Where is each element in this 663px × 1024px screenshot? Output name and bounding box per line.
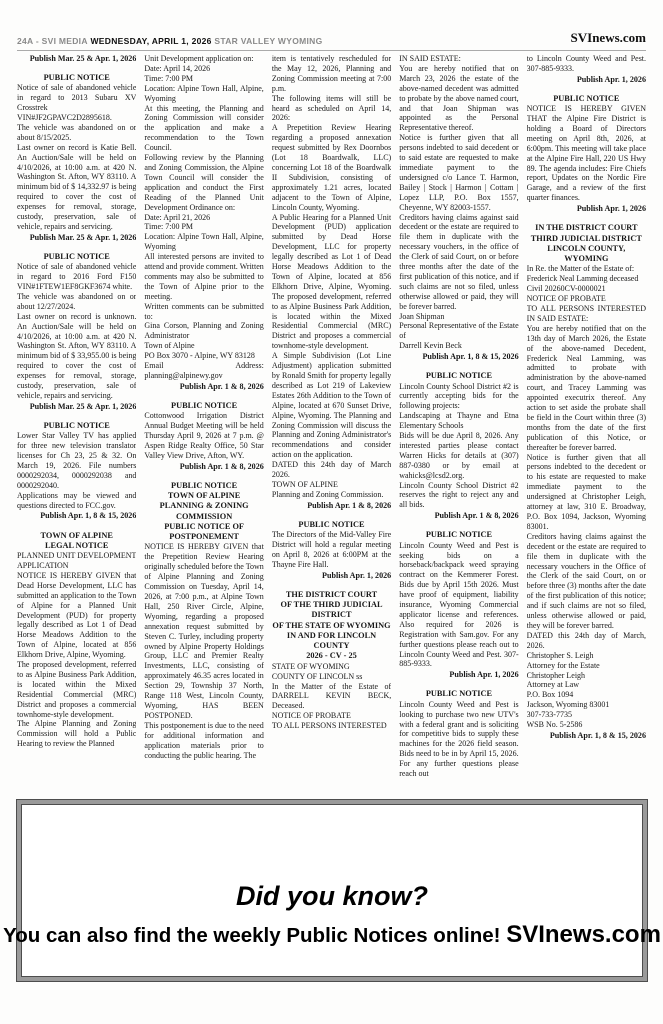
notice-body: item is tentatively rescheduled for the …	[272, 54, 391, 500]
notice-body: Notice of sale of abandoned vehicle in r…	[17, 262, 136, 401]
notice-body: Notice of sale of abandoned vehicle in r…	[17, 83, 136, 232]
notice-body: NOTICE IS HEREBY GIVEN that the Prepetit…	[144, 542, 263, 760]
banner-message: You can also find the weekly Public Noti…	[3, 921, 661, 949]
notice-heading: PUBLIC NOTICE	[399, 689, 518, 699]
notice-heading: PUBLIC NOTICE TOWN OF ALPINE PLANNING & …	[144, 481, 263, 543]
page-number-label: 24A - SVI MEDIA	[17, 36, 88, 46]
publish-line: Publish Apr. 1, 2026	[272, 571, 391, 581]
notice-column-4: IN SAID ESTATE: You are hereby notified …	[399, 54, 518, 792]
notice-body: IN SAID ESTATE: You are hereby notified …	[399, 54, 518, 351]
notice-heading: PUBLIC NOTICE	[144, 401, 263, 411]
notice-columns: Publish Mar. 25 & Apr. 1, 2026PUBLIC NOT…	[17, 54, 646, 792]
banner-question: Did you know?	[236, 881, 428, 912]
notice-body: STATE OF WYOMING COUNTY OF LINCOLN ss In…	[272, 662, 391, 731]
notice-heading: PUBLIC NOTICE	[17, 73, 136, 83]
header-region: STAR VALLEY WYOMING	[214, 36, 322, 46]
page-header: 24A - SVI MEDIA WEDNESDAY, APRIL 1, 2026…	[17, 26, 646, 51]
notice-body: PLANNED UNIT DEVELOPMENT APPLICATION NOT…	[17, 551, 136, 749]
notice-body: NOTICE IS HEREBY GIVEN THAT the Alpine F…	[527, 104, 646, 203]
publish-line: Publish Apr. 1, 8 & 15, 2026	[527, 731, 646, 741]
publish-line: Publish Apr. 1 & 8, 2026	[144, 382, 263, 392]
publish-line: Publish Apr. 1, 8 & 15, 2026	[17, 511, 136, 521]
publish-line: Publish Mar. 25 & Apr. 1, 2026	[17, 233, 136, 243]
notice-heading: TOWN OF ALPINE LEGAL NOTICE	[17, 531, 136, 552]
publish-line: Publish Apr. 1 & 8, 2026	[399, 511, 518, 521]
notice-heading: PUBLIC NOTICE	[272, 520, 391, 530]
notice-body: to Lincoln County Weed and Pest. 307-885…	[527, 54, 646, 74]
notice-heading: THE DISTRICT COURT OF THE THIRD JUDICIAL…	[272, 590, 391, 662]
header-left: 24A - SVI MEDIA WEDNESDAY, APRIL 1, 2026…	[17, 36, 323, 46]
publish-line: Publish Mar. 25 & Apr. 1, 2026	[17, 402, 136, 412]
banner-message-text: You can also find the weekly Public Noti…	[3, 924, 506, 947]
newspaper-page: 24A - SVI MEDIA WEDNESDAY, APRIL 1, 2026…	[0, 0, 663, 1024]
notice-body: Lincoln County Weed and Pest is seeking …	[399, 541, 518, 670]
notice-body: Cottonwood Irrigation District Annual Bu…	[144, 411, 263, 461]
publish-line: Publish Mar. 25 & Apr. 1, 2026	[17, 54, 136, 64]
header-date: WEDNESDAY, APRIL 1, 2026	[90, 36, 211, 46]
notice-body: The Directors of the Mid-Valley Fire Dis…	[272, 530, 391, 570]
notice-body: Lincoln County School District #2 is cur…	[399, 382, 518, 511]
notice-body: Lincoln County Weed and Pest is looking …	[399, 700, 518, 779]
publish-line: Publish Apr. 1, 2026	[399, 670, 518, 680]
publish-line: Publish Apr. 1, 8 & 15, 2026	[399, 352, 518, 362]
notice-heading: PUBLIC NOTICE	[399, 530, 518, 540]
notice-heading: PUBLIC NOTICE	[17, 421, 136, 431]
notice-column-3: item is tentatively rescheduled for the …	[272, 54, 391, 792]
masthead-site: SVInews.com	[571, 30, 646, 46]
notice-column-1: Publish Mar. 25 & Apr. 1, 2026PUBLIC NOT…	[17, 54, 136, 792]
publish-line: Publish Apr. 1, 2026	[527, 75, 646, 85]
notice-column-2: Unit Development application on: Date: A…	[144, 54, 263, 792]
notice-heading: PUBLIC NOTICE	[527, 94, 646, 104]
notice-heading: IN THE DISTRICT COURT THIRD JUDICIAL DIS…	[527, 223, 646, 264]
notice-body: Unit Development application on: Date: A…	[144, 54, 263, 381]
notice-column-5: to Lincoln County Weed and Pest. 307-885…	[527, 54, 646, 792]
publish-line: Publish Apr. 1, 2026	[527, 204, 646, 214]
publish-line: Publish Apr. 1 & 8, 2026	[144, 462, 263, 472]
notice-body: In Re. the Matter of the Estate of: Fred…	[527, 264, 646, 730]
notice-body: Lower Star Valley TV has applied for thr…	[17, 431, 136, 510]
publish-line: Publish Apr. 1 & 8, 2026	[272, 501, 391, 511]
promo-banner: Did you know? You can also find the week…	[17, 800, 647, 981]
notice-heading: PUBLIC NOTICE	[399, 371, 518, 381]
banner-site-link[interactable]: SVInews.com	[506, 921, 661, 948]
notice-heading: PUBLIC NOTICE	[17, 252, 136, 262]
